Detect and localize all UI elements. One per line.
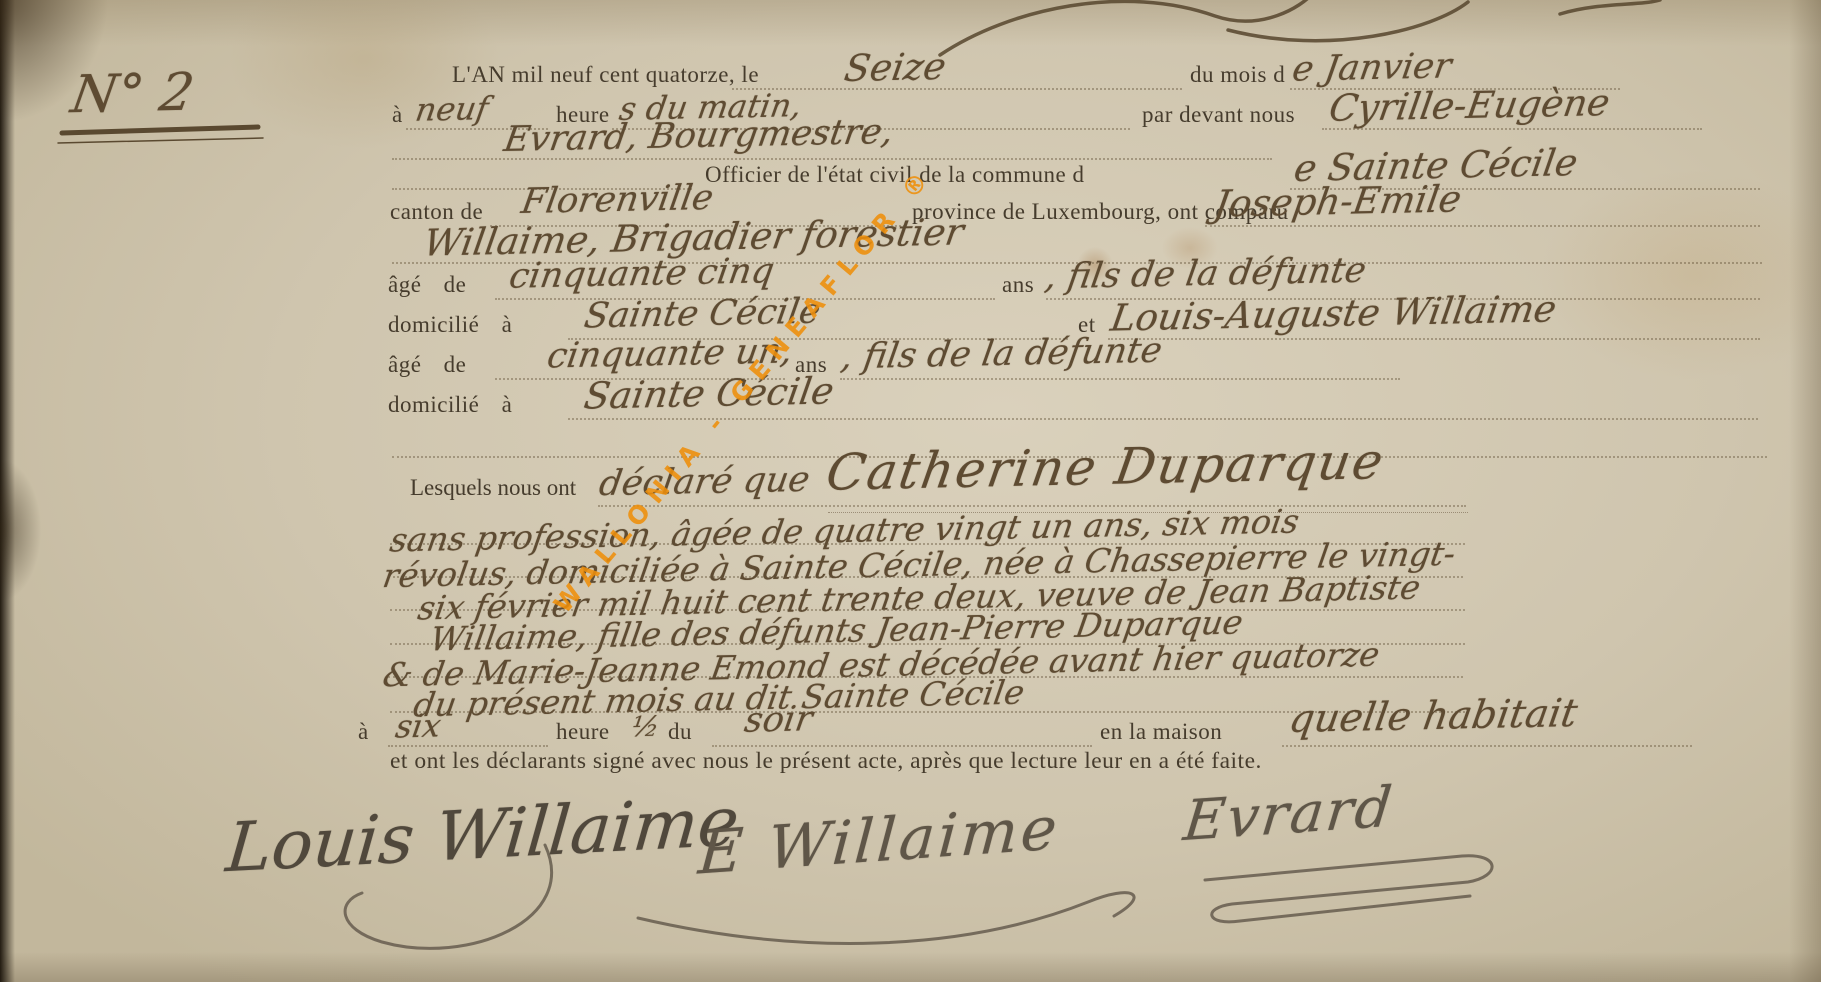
hw-relation-2: , fils de la défunte [838,331,1165,378]
hw-half-hour: ½ [629,710,661,744]
dotted-rule [1205,225,1760,227]
dotted-rule [1108,338,1760,340]
printed-hour-label-2: heure [556,719,610,745]
death-certificate-scan: N° 2 L'AN mil neuf cent quatorze, le Sei… [0,0,1821,982]
act-number: N° 2 [67,63,198,126]
printed-declaration-label: Lesquels nous ont [410,475,576,501]
printed-residence-label-2: domicilié à [388,392,512,418]
printed-of-the: du [668,719,692,745]
printed-age-label-2: âgé de [388,352,466,378]
printed-residence-label-1: domicilié à [388,312,512,338]
dotted-rule [1322,128,1702,130]
printed-civil-officer: Officier de l'état civil de la commune d [705,162,1084,188]
hw-officer-name: Evrard, Bourgmestre, [501,112,896,160]
printed-in-the-house: en la maison [1100,719,1222,745]
printed-month-label: du mois d [1190,62,1285,88]
hw-deceased-name: Catherine Duparque [823,432,1389,502]
dotted-rule [1282,745,1692,747]
printed-before-us: par devant nous [1142,102,1295,128]
hw-month: e Janvier [1290,46,1454,89]
hw-day: Seize [841,45,948,90]
printed-age-label-1: âgé de [388,272,466,298]
printed-at-2: à [358,719,369,745]
hw-hour: neuf [413,89,491,128]
hw-declarant2-name: Louis-Auguste Willaime [1108,287,1560,339]
hw-declared-that: déclaré que [597,460,813,504]
hw-death-house: quelle habitait [1286,691,1580,742]
printed-at: à [392,102,403,128]
signature-e-willaime: E Willaime [696,794,1062,889]
dotted-rule [388,745,548,747]
signature-louis-willaime: Louis Willaime [223,783,742,889]
hw-age-1: cinquante cinq [506,251,776,297]
printed-year-line: L'AN mil neuf cent quatorze, le [452,62,759,88]
dotted-rule [712,745,1092,747]
hw-relation-1: , fils de la défunte [1042,251,1369,298]
hw-death-period: soir [742,699,815,740]
dotted-rule [568,418,1758,420]
dotted-rule [392,158,1272,160]
signature-evrard: Evrard [1181,775,1397,854]
hw-death-hour: six [393,707,444,746]
printed-closing-sentence: et ont les déclarants signé avec nous le… [390,748,1262,775]
hw-declarant1-firstname: Joseph-Emile [1211,177,1464,225]
hw-officer-firstname: Cyrille-Eugène [1326,81,1613,130]
dotted-rule [840,378,1400,380]
printed-years-label-1: ans [1002,272,1034,298]
